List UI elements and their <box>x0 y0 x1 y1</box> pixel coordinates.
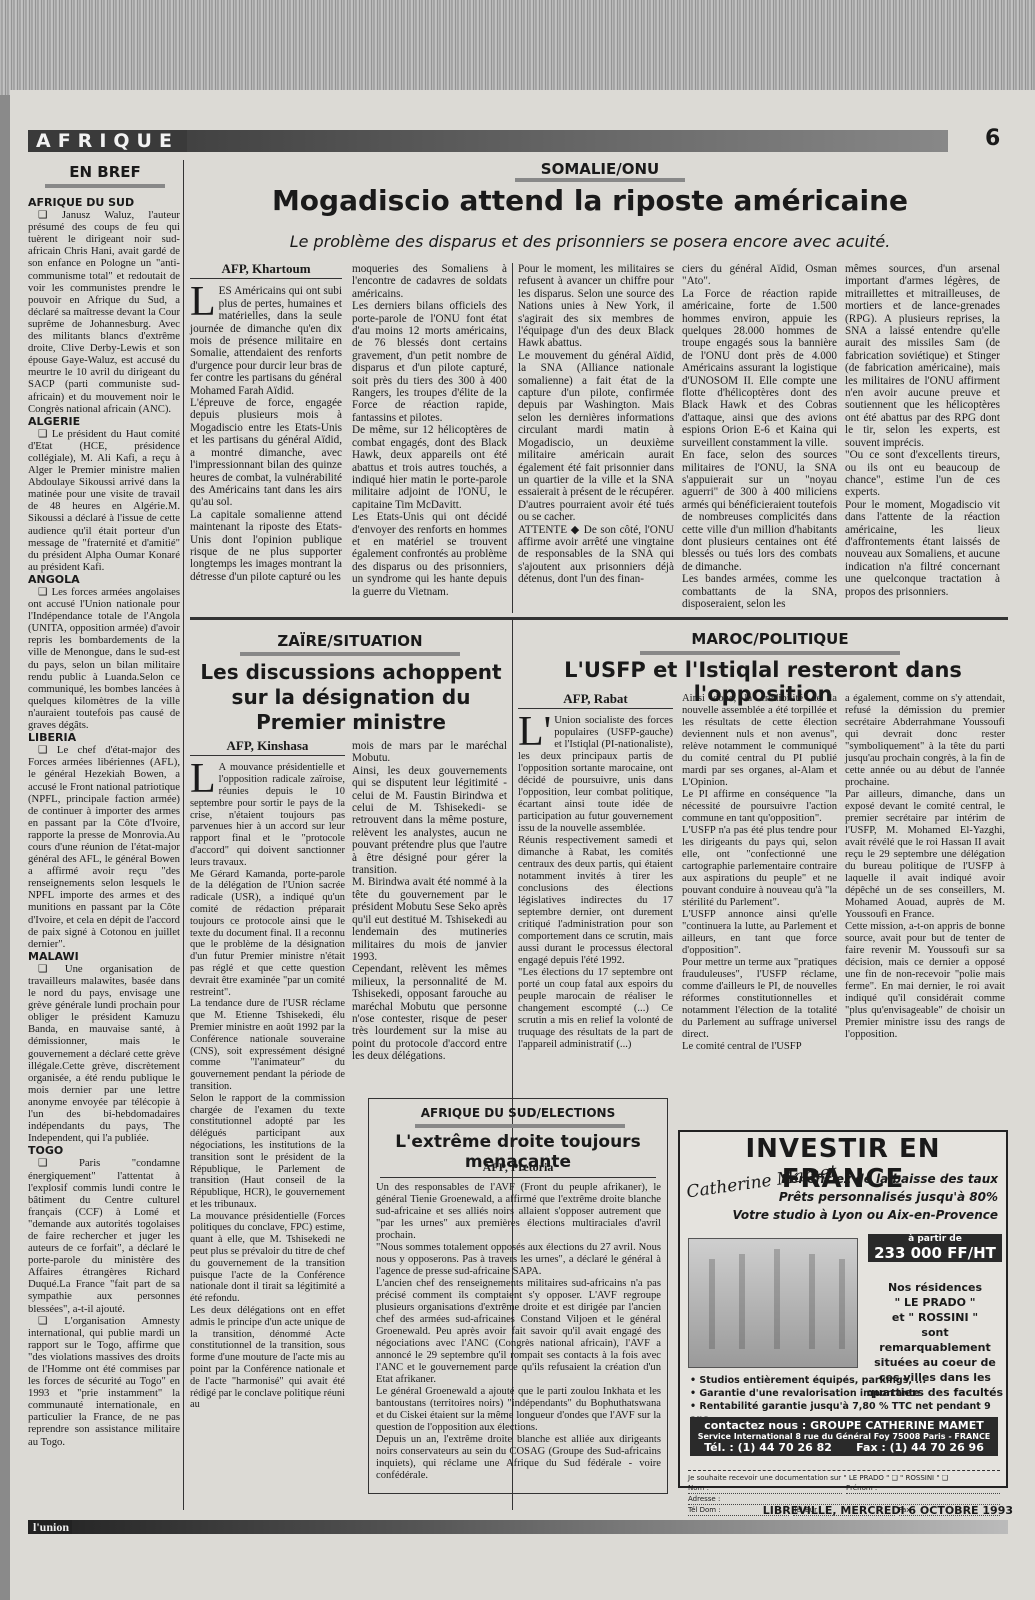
ad-residence-line: et " ROSSINI " <box>866 1310 1004 1325</box>
maroc-col-1: AFP, Rabat L'Union socialiste des forces… <box>518 693 673 1051</box>
section-divider <box>190 617 1008 620</box>
coupon-prenom-field[interactable]: Prénom : <box>846 1483 1000 1494</box>
brief-paragraph: ❑ L'organisation Amnesty international, … <box>28 1315 180 1448</box>
ad-residence-line: Nos résidences <box>866 1280 1004 1295</box>
somalie-col-1: AFP, Khartoum LES Américains qui ont sub… <box>190 263 342 583</box>
en-bref-underline <box>45 184 165 188</box>
ad-residence-line: " LE PRADO " <box>866 1295 1004 1310</box>
ad-fax: Fax : (1) 44 70 26 96 <box>856 1441 984 1454</box>
maroc-col-3: a également, comme on s'y attendait, ref… <box>845 693 1005 1041</box>
elections-body: Un des responsables de l'AVF (Front du p… <box>376 1182 661 1482</box>
somalie-col-1-text: LES Américains qui ont subi plus de pert… <box>190 285 342 583</box>
somalie-col-2: moqueries des Somaliens à l'encontre de … <box>352 263 507 598</box>
maroc-kicker-underline <box>640 651 900 655</box>
brief-paragraph: ❑ Paris "condamne énergiquement" l'atten… <box>28 1157 180 1314</box>
zaire-col-2: mois de mars par le maréchal Mobutu. Ain… <box>352 740 507 1063</box>
ad-tagline: Bénéficiez de la baisse des taux <box>733 1170 999 1188</box>
scan-background-noise <box>0 0 1035 95</box>
brief-paragraph: ❑ Une organisation de travailleurs malaw… <box>28 963 180 1144</box>
somalie-col-3: Pour le moment, les militaires se refuse… <box>518 263 674 586</box>
coupon-intro: Je souhaite recevoir une documentation s… <box>688 1473 1000 1483</box>
ad-price-box: à partir de 233 000 FF/HT <box>868 1234 1002 1262</box>
ad-tagline: Votre studio à Lyon ou Aix-en-Provence <box>733 1206 999 1224</box>
ad-contact-numbers: Tél. : (1) 44 70 26 82 Fax : (1) 44 70 2… <box>692 1441 996 1454</box>
ad-contact-address: Service International 8 rue du Général F… <box>692 1432 996 1441</box>
brief-country-heading: ANGOLA <box>28 574 180 586</box>
column-rule <box>512 263 513 613</box>
somalie-kicker: SOMALIE/ONU <box>500 160 700 178</box>
maroc-kicker: MAROC/POLITIQUE <box>620 630 920 648</box>
zaire-headline: Les discussions achoppent sur la désigna… <box>192 660 510 735</box>
building-photo <box>688 1238 858 1368</box>
maroc-byline: AFP, Rabat <box>518 693 673 709</box>
elections-kicker: AFRIQUE DU SUD/ELECTIONS <box>370 1106 666 1120</box>
coupon-nom-field[interactable]: Nom : <box>688 1483 842 1494</box>
footer-date: LIBREVILLE, MERCREDI 6 OCTOBRE 1993 <box>763 1504 1013 1517</box>
ad-price: 233 000 FF/HT <box>868 1244 1002 1262</box>
somalie-byline: AFP, Khartoum <box>190 263 342 279</box>
ad-tagline: Prêts personnalisés jusqu'à 80% <box>733 1188 999 1206</box>
investir-en-france-ad[interactable]: INVESTIR EN FRANCE Catherine Mamet Bénéf… <box>678 1130 1008 1488</box>
somalie-col-4: ciers du général Aïdid, Osman "Ato". La … <box>682 263 837 610</box>
column-rule <box>183 160 184 1510</box>
elections-kicker-underline <box>415 1124 625 1128</box>
coupon-row: Nom : Prénom : <box>688 1483 1000 1494</box>
zaire-kicker-underline <box>240 652 460 656</box>
zaire-col-1: AFP, Kinshasa LA mouvance présidentielle… <box>190 740 345 1411</box>
brief-country-heading: LIBERIA <box>28 732 180 744</box>
page-number: 6 <box>985 126 1000 151</box>
brief-country-heading: AFRIQUE DU SUD <box>28 197 180 209</box>
ad-contact-title: contactez nous : GROUPE CATHERINE MAMET <box>692 1419 996 1432</box>
brief-paragraph: ❑ Le président du Haut comité d'Etat (HC… <box>28 428 180 573</box>
footer-bar <box>28 1520 1008 1534</box>
somalie-kicker-underline <box>515 178 685 182</box>
zaire-col-1-text: LA mouvance présidentielle et l'oppositi… <box>190 762 345 1411</box>
ad-bullet: • Studios entièrement équipés, parkings,… <box>690 1374 1006 1387</box>
ad-contact-box: contactez nous : GROUPE CATHERINE MAMET … <box>690 1417 998 1456</box>
zaire-byline: AFP, Kinshasa <box>190 740 345 756</box>
somalie-col-5: mêmes sources, d'un arsenal important d'… <box>845 263 1000 598</box>
ad-bullet: • Garantie d'une revalorisation importan… <box>690 1387 1006 1400</box>
zaire-kicker: ZAÏRE/SITUATION <box>200 632 500 650</box>
somalie-dek: Le problème des disparus et des prisonni… <box>190 232 990 251</box>
elections-byline: AFP, Pretoria <box>380 1160 656 1178</box>
ad-price-label: à partir de <box>868 1234 1002 1244</box>
brief-paragraph: ❑ Le chef d'état-major des Forces armées… <box>28 744 180 950</box>
footer-logo: l'union <box>30 1520 72 1534</box>
maroc-col-1-text: L'Union socialiste des forces populaires… <box>518 715 673 1051</box>
maroc-col-2: Ainsi donc, la crédibilité de la nouvell… <box>682 693 837 1053</box>
somalie-headline: Mogadiscio attend la riposte américaine <box>190 184 990 217</box>
ad-residence-line: situées au coeur de <box>866 1355 1004 1370</box>
brief-country-heading: TOGO <box>28 1145 180 1157</box>
en-bref-column: AFRIQUE DU SUD❑ Janusz Waluz, l'auteur p… <box>28 196 180 1448</box>
ad-phone: Tél. : (1) 44 70 26 82 <box>704 1441 832 1454</box>
ad-residence-line: sont remarquablement <box>866 1325 1004 1355</box>
section-title: AFRIQUE <box>28 130 187 152</box>
en-bref-title: EN BREF <box>30 163 180 181</box>
brief-paragraph: ❑ Janusz Waluz, l'auteur présumé des cou… <box>28 209 180 415</box>
ad-taglines: Bénéficiez de la baisse des taux Prêts p… <box>733 1170 999 1224</box>
brief-country-heading: ALGERIE <box>28 416 180 428</box>
brief-paragraph: ❑ Les forces armées angolaises ont accus… <box>28 586 180 731</box>
brief-country-heading: MALAWI <box>28 951 180 963</box>
